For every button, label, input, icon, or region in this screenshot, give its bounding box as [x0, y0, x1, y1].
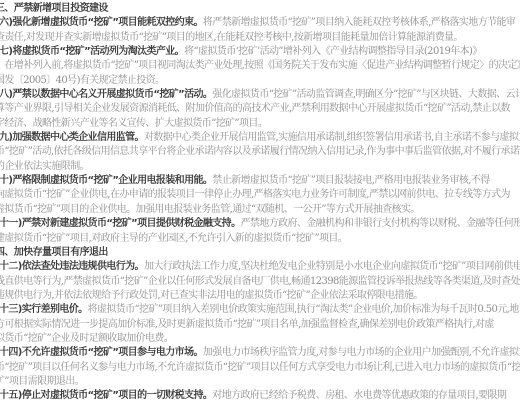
- body-text: 国发〔2005〕40号)有关规定禁止投资。: [0, 75, 164, 86]
- body-text: 对地方政府已经给予税费、房租、水电费等优惠政策的存量项目,要限期: [212, 390, 506, 400]
- body-text: 将严禁新增虚拟货币“挖矿”项目纳入能耗双控考核体系,严格落实地方节能审: [203, 17, 515, 28]
- text-line: 算等产业界限,引导相关企业发展资源消耗低、附加价值高的高技术产业,严禁利用数据中…: [0, 102, 520, 116]
- body-text: 加强电力市场秩序监管力度,对参与电力市场的企业用户加强甄别,不允许虚拟货: [203, 347, 520, 358]
- item-lead-text: (八)严禁以数据中心名义开展虚拟货币“挖矿”活动。: [0, 89, 212, 100]
- body-text: 虚拟货币“挖矿”项目的企业供电。加强用电报装业务监管,通过“双随机、一公开”等方…: [0, 204, 420, 215]
- text-line: 建虚拟货币“挖矿”项目,对政府主导的产业园区,不允许引入新的虚拟货币“挖矿”项目…: [0, 232, 520, 246]
- document-text-block: 三、严禁新增项目投资建设 (六)强化新增虚拟货币“挖矿”项目能耗双控约束。将严禁…: [0, 2, 520, 400]
- body-text: 查责任,对发现并查实新增虚拟货币“挖矿”项目的地区,在能耗双控考核中,按新增项目…: [0, 32, 463, 43]
- body-text: 禁止新增虚拟货币“挖矿”项目报装接电,严格用电报装业务审核,不得: [212, 175, 489, 186]
- text-line: (十一)严禁对新建虚拟货币“挖矿”项目提供财税金融支持。严禁地方政府、金融机构和…: [0, 217, 520, 231]
- body-text: 违规供电行为,并依法依规给予行政处罚,对已查实非法用电的虚拟货币“挖矿”企业依法…: [0, 290, 423, 301]
- item-lead-text: (九)加强数据中心类企业信用监管。: [0, 132, 144, 143]
- body-text: 算等产业界限,引导相关企业发展资源消耗低、附加价值高的高技术产业,严禁利用数据中…: [0, 103, 510, 114]
- body-text: 强化虚拟货币“挖矿”活动监管调查,明确区分“挖矿”与区块链、大数据、云计: [212, 89, 520, 100]
- item-lead-text: (十)严格限制虚拟货币“挖矿”企业用电报装和用能。: [0, 175, 212, 186]
- text-line: (十)严格限制虚拟货币“挖矿”企业用电报装和用能。禁止新增虚拟货币“挖矿”项目报…: [0, 174, 520, 188]
- text-line: 字经济、战略性新兴产业等名义宣传、扩大虚拟货币“挖矿”项目。: [0, 117, 520, 131]
- body-text: 字经济、战略性新兴产业等名义宣传、扩大虚拟货币“挖矿”项目。: [0, 118, 267, 129]
- text-line: 方可根据实际情况进一步提高加价标准,及时更新虚拟货币“挖矿”项目名单,加强监督检…: [0, 318, 520, 332]
- body-text: 将虚拟货币“挖矿”项目纳入差别电价政策实施范围,执行“淘汰类”企业电价,加价标准…: [88, 304, 519, 315]
- text-line: 矿”项目需限期退出。: [0, 375, 520, 389]
- body-text: 向虚拟货币“挖矿”企业供电,在办申请的报装项目一律停止办理,严格落实电力业务许可…: [0, 189, 510, 200]
- section-heading: 三、严禁新增项目投资建设: [0, 2, 520, 16]
- text-line: 币“挖矿”活动,依托各级信用信息共享平台将企业承诺内容以及承诺履行情况纳入信用记…: [0, 145, 520, 159]
- body-text: 线直供电等行为,严禁虚拟货币“挖矿”企业以任何形式发展自备电厂供电,畅通1239…: [0, 276, 520, 287]
- body-text: 矿”项目需限期退出。: [0, 376, 84, 387]
- body-text: 拟货币“挖矿”企业及时足额收取加价电费。: [0, 333, 173, 344]
- item-lead-text: (十一)严禁对新建虚拟货币“挖矿”项目提供财税金融支持。: [0, 218, 241, 229]
- item-lead-text: (十三)实行差别电价。: [0, 304, 88, 315]
- text-line: 币“挖矿”项目以任何名义参与电力市场,不允许虚拟货币“挖矿”项目以任何方式享受电…: [0, 361, 520, 375]
- text-line: (十五)停止对虚拟货币“挖矿”项目的一切财税支持。对地方政府已经给予税费、房租、…: [0, 389, 520, 400]
- text-line: 向虚拟货币“挖矿”企业供电,在办申请的报装项目一律停止办理,严格落实电力业务许可…: [0, 188, 520, 202]
- text-line: (十三)实行差别电价。将虚拟货币“挖矿”项目纳入差别电价政策实施范围,执行“淘汰…: [0, 303, 520, 317]
- text-line: 的企业依法实施限制。: [0, 160, 520, 174]
- text-line: (十四)不允许虚拟货币“挖矿”项目参与电力市场。加强电力市场秩序监管力度,对参与…: [0, 346, 520, 360]
- text-line: 虚拟货币“挖矿”项目的企业供电。加强用电报装业务监管,通过“双随机、一公开”等方…: [0, 203, 520, 217]
- heading-text: 三、严禁新增项目投资建设: [0, 3, 108, 14]
- item-lead-text: (十四)不允许虚拟货币“挖矿”项目参与电力市场。: [0, 347, 203, 358]
- text-line: (十二)依法查处违法违规供电行为。加大行政执法工作力度,坚决杜绝发电企业特别是小…: [0, 260, 520, 274]
- section-heading: 四、加快存量项目有序退出: [0, 246, 520, 260]
- item-lead-text: (十五)停止对虚拟货币“挖矿”项目的一切财税支持。: [0, 390, 212, 400]
- body-text: 严禁地方政府、金融机构和非银行支付机构等以财税、金融等任何形式支持新: [241, 218, 520, 229]
- body-text: 将“虚拟货币‘挖矿’活动”增补列入《产业结构调整指导目录(2019年本)》: [184, 46, 482, 57]
- text-line: 违规供电行为,并依法依规给予行政处罚,对已查实非法用电的虚拟货币“挖矿”企业依法…: [0, 289, 520, 303]
- item-lead-text: (十二)依法查处违法违规供电行为。: [0, 261, 144, 272]
- text-line: 国发〔2005〕40号)有关规定禁止投资。: [0, 74, 520, 88]
- body-text: 。在增补列入前,将虚拟货币“挖矿”项目视同淘汰类产业处理,按照《国务院关于发布实…: [0, 60, 520, 71]
- text-line: (六)强化新增虚拟货币“挖矿”项目能耗双控约束。将严禁新增虚拟货币“挖矿”项目纳…: [0, 16, 520, 30]
- heading-text: 四、加快存量项目有序退出: [0, 247, 108, 258]
- document-page: 三、严禁新增项目投资建设 (六)强化新增虚拟货币“挖矿”项目能耗双控约束。将严禁…: [0, 0, 520, 400]
- body-text: 币“挖矿”活动,依托各级信用信息共享平台将企业承诺内容以及承诺履行情况纳入信用记…: [0, 146, 519, 157]
- text-line: 。在增补列入前,将虚拟货币“挖矿”项目视同淘汰类产业处理,按照《国务院关于发布实…: [0, 59, 520, 73]
- body-text: 方可根据实际情况进一步提高加价标准,及时更新虚拟货币“挖矿”项目名单,加强监督检…: [0, 319, 494, 330]
- text-line: 线直供电等行为,严禁虚拟货币“挖矿”企业以任何形式发展自备电厂供电,畅通1239…: [0, 275, 520, 289]
- text-line: (九)加强数据中心类企业信用监管。对数据中心类企业开展信用监管,实施信用承诺制,…: [0, 131, 520, 145]
- body-text: 的企业依法实施限制。: [0, 161, 89, 172]
- item-lead-text: (六)强化新增虚拟货币“挖矿”项目能耗双控约束。: [0, 17, 203, 28]
- body-text: 加大行政执法工作力度,坚决杜绝发电企业特别是小水电企业向虚拟货币“挖矿”项目网前…: [144, 261, 520, 272]
- body-text: 对数据中心类企业开展信用监管,实施信用承诺制,组织签署信用承诺书,自主承诺不参与…: [144, 132, 520, 143]
- body-text: 建虚拟货币“挖矿”项目,对政府主导的产业园区,不允许引入新的虚拟货币“挖矿”项目…: [0, 233, 347, 244]
- item-lead-text: (七)将虚拟货币“挖矿”活动列为淘汰类产业。: [0, 46, 184, 57]
- text-line: (八)严禁以数据中心名义开展虚拟货币“挖矿”活动。强化虚拟货币“挖矿”活动监管调…: [0, 88, 520, 102]
- text-line: (七)将虚拟货币“挖矿”活动列为淘汰类产业。将“虚拟货币‘挖矿’活动”增补列入《…: [0, 45, 520, 59]
- text-line: 查责任,对发现并查实新增虚拟货币“挖矿”项目的地区,在能耗双控考核中,按新增项目…: [0, 31, 520, 45]
- body-text: 币“挖矿”项目以任何名义参与电力市场,不允许虚拟货币“挖矿”项目以任何方式享受电…: [0, 362, 520, 373]
- text-line: 拟货币“挖矿”企业及时足额收取加价电费。: [0, 332, 520, 346]
